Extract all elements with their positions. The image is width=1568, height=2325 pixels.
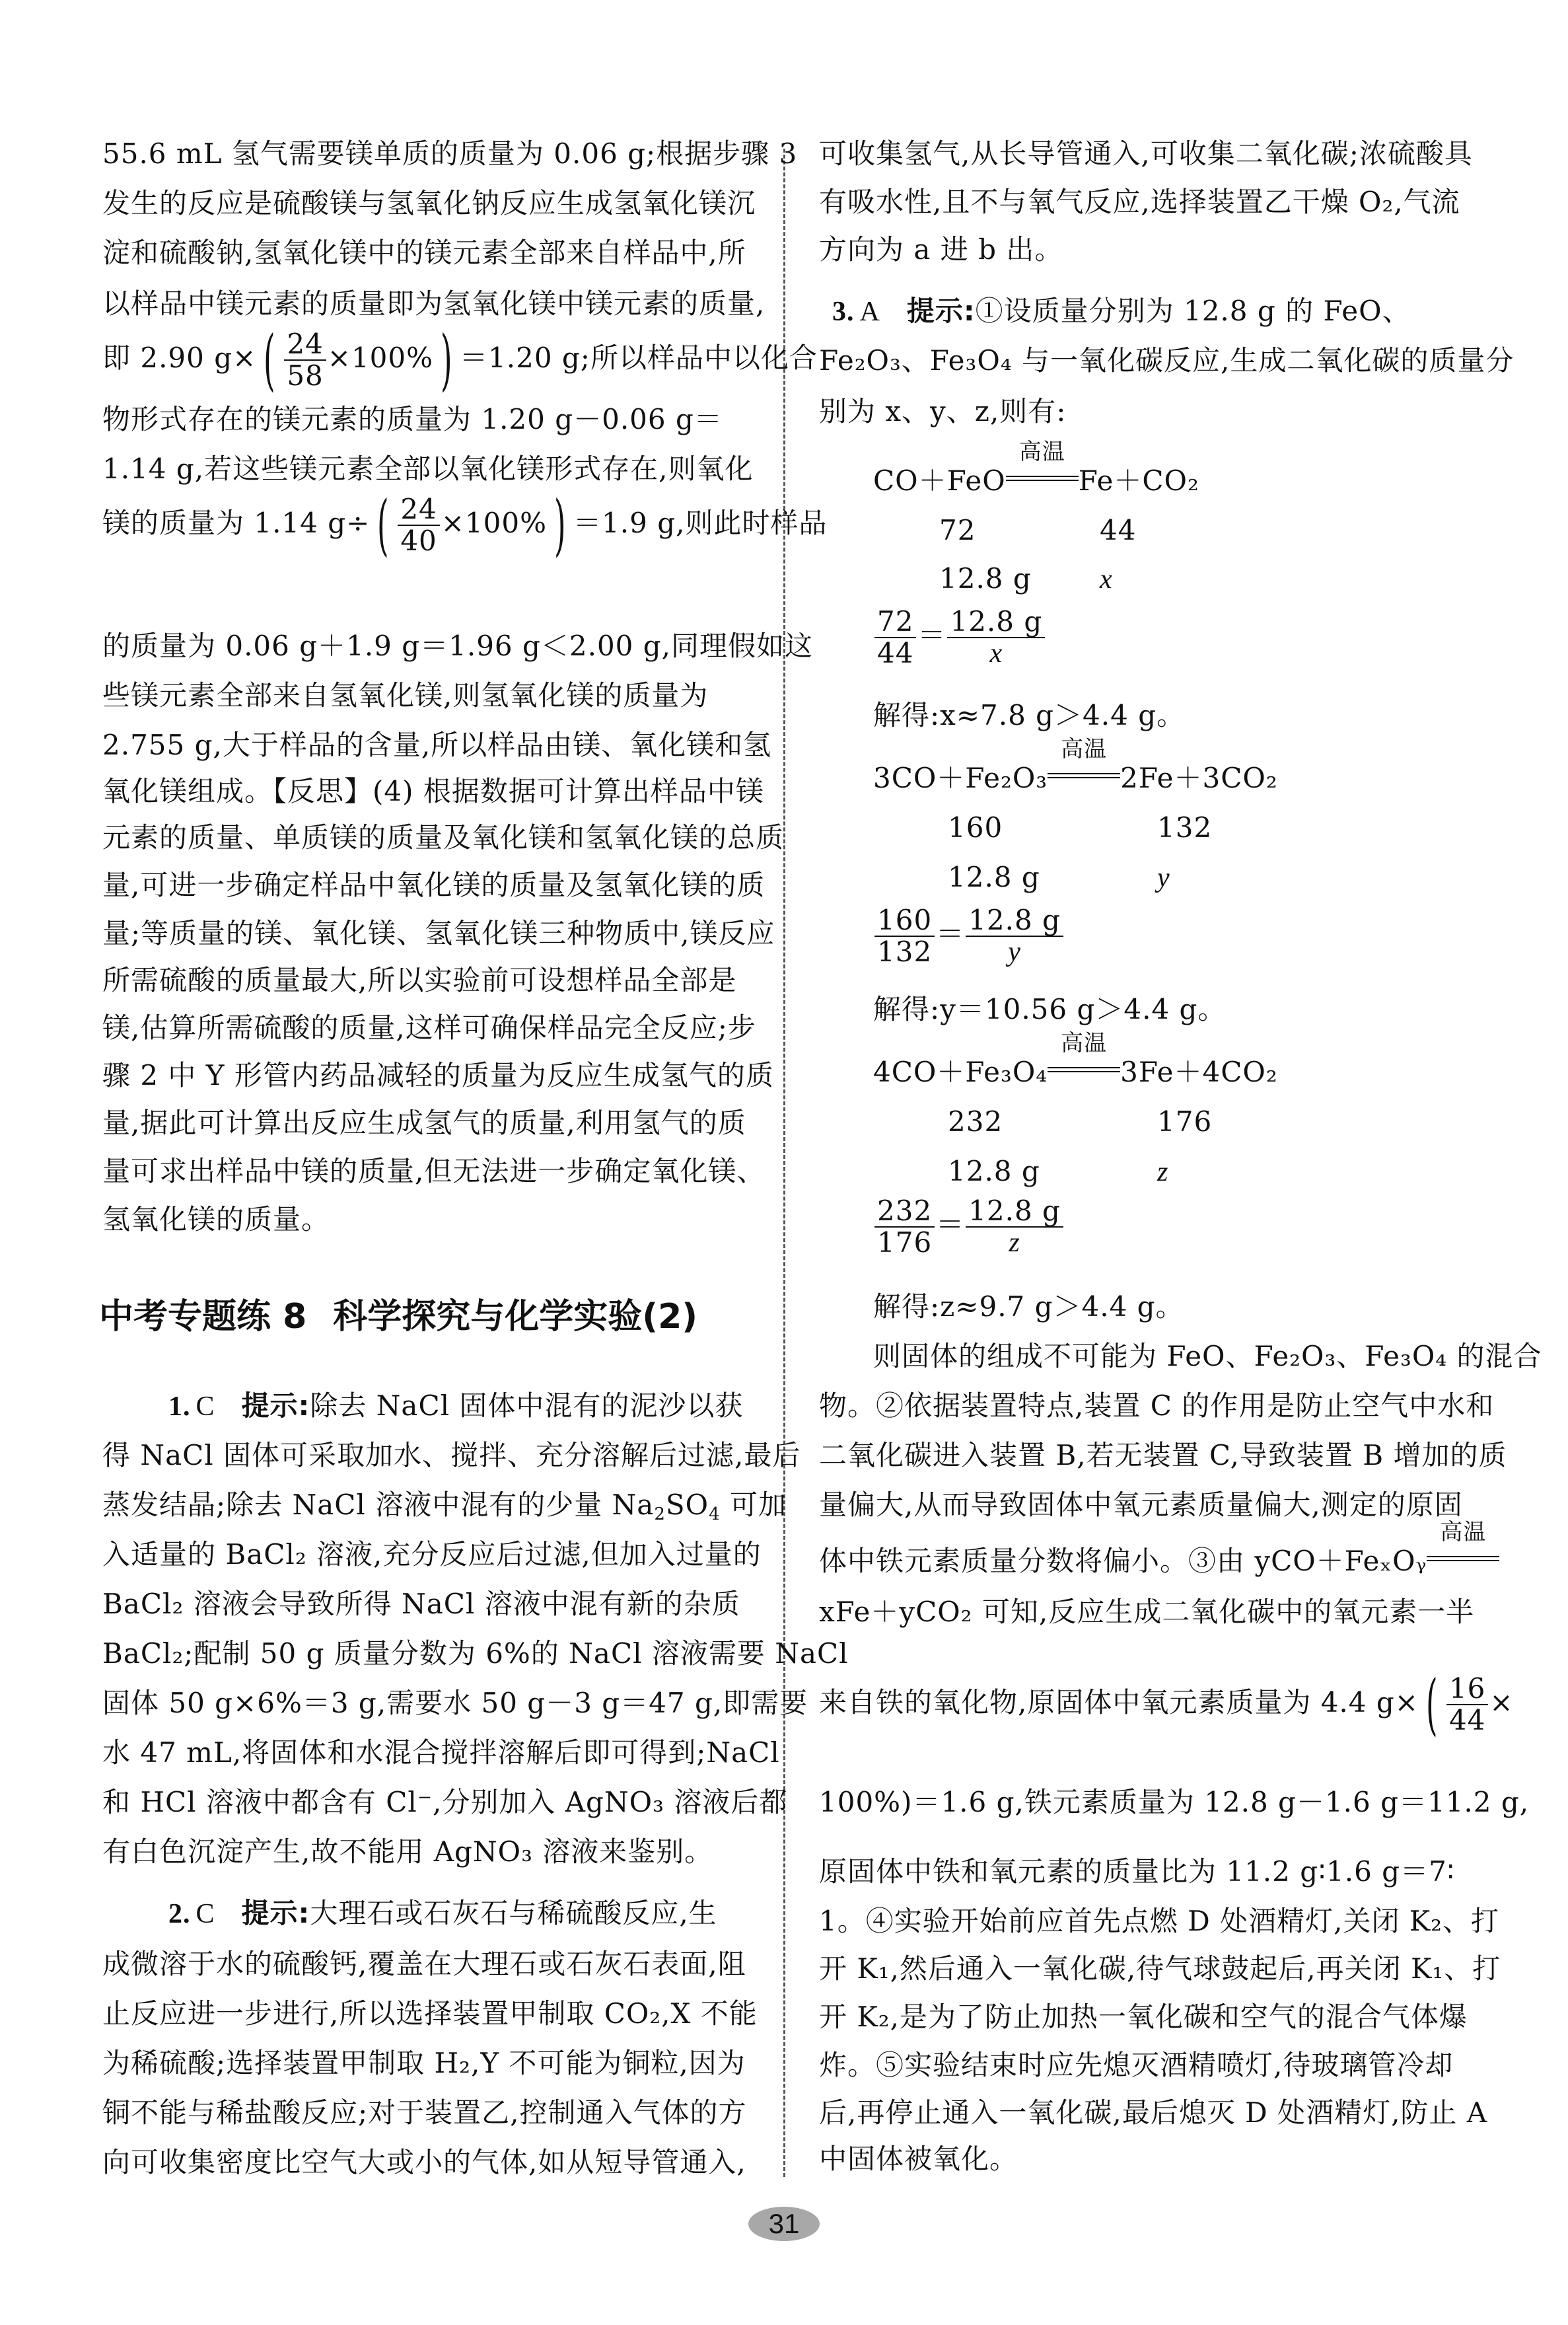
unknown-var: z [1157,1153,1168,1191]
reaction-condition: 高温 [1427,1547,1499,1570]
paren-close: ) [441,327,452,393]
equation-products: 2Fe＋3CO₂ [1120,762,1278,794]
text-line: 固体 50 g×6%＝3 g,需要水 50 g－3 g＝47 g,即需要 [102,1685,808,1722]
page-number: 31 [769,2208,800,2240]
unknown-var: y [1157,859,1170,897]
text-line: xFe＋yCO₂ 可知,反应生成二氧化碳中的氧元素一半 [819,1594,1474,1631]
text-line: BaCl₂ 溶液会导致所得 NaCl 溶液中混有新的杂质 [102,1586,740,1623]
condition-label: 高温 [1427,1520,1499,1544]
fraction-numerator: 232 [874,1196,935,1228]
molar-mass: 232 [948,1103,1003,1140]
text-line: 入适量的 BaCl₂ 溶液,充分反应后过滤,但加入过量的 [102,1536,762,1573]
fraction-denominator: 44 [874,638,916,669]
question-number: 2. [168,1899,191,1929]
equation-reactants: 3CO＋Fe₂O₃ [873,762,1048,794]
text-line: 中固体被氧化。 [819,2141,1018,2178]
text-line: 100%)＝1.6 g,铁元素质量为 12.8 g－1.6 g＝11.2 g, [819,1784,1529,1821]
formula-mid: ×100% [441,507,547,539]
equation-products: Fe＋CO₂ [1079,464,1199,497]
text-fragment: 体中铁元素质量分数将偏小。③由 yCO＋FeₓOᵧ [819,1545,1427,1577]
formula-suffix: ＝1.9 g,则此时样品 [573,507,827,539]
formula-suffix: ＝1.20 g;所以样品中以化合 [460,342,818,374]
text-line: 铜不能与稀盐酸反应;对于装置乙,控制通入气体的方 [102,2094,747,2131]
text-line: 骤 2 中 Y 形管内药品减轻的质量为反应生成氢气的质 [102,1057,774,1094]
reaction-condition: 高温 [1048,1058,1120,1082]
text-fragment: 可加 [721,1489,787,1521]
condition-label: 高温 [1006,440,1079,464]
subscript: 4 [709,1504,721,1524]
molar-mass: 132 [1157,809,1212,846]
proportion: 160132＝12.8 gy [873,905,1065,967]
text-line: 物形式存在的镁元素的质量为 1.20 g－0.06 g＝ [102,401,723,438]
text-line: 有白色沉淀产生,故不能用 AgNO₃ 溶液来鉴别。 [102,1833,713,1870]
double-line-icon [1427,1556,1499,1561]
text-line: 2.755 g,大于样品的含量,所以样品由镁、氧化镁和氢 [102,727,771,764]
text-line: 二氧化碳进入装置 B,若无装置 C,导致装置 B 增加的质 [819,1437,1507,1474]
formula-mid: ×100% [328,342,433,374]
text-line: 发生的反应是硫酸镁与氢氧化钠反应生成氢氧化镁沉 [102,185,756,222]
given-mass: 12.8 g [948,859,1040,896]
fraction: 12.8 gx [947,607,1045,669]
chemical-equation: CO＋FeO高温Fe＋CO₂ [873,462,1199,499]
subscript: 2 [654,1504,666,1524]
fraction: 232176 [874,1196,935,1258]
fraction-numerator: 12.8 g [947,607,1045,638]
question-number: 1. [168,1391,191,1422]
condition-label: 高温 [1048,1031,1120,1055]
text-line: 氢氧化镁的质量。 [102,1201,330,1238]
molar-mass: 176 [1157,1103,1212,1140]
text-line: 后,再停止通入一氧化碳,最后熄灭 D 处酒精灯,防止 A [819,2094,1487,2131]
text-line: 开 K₁,然后通入一氧化碳,待气球鼓起后,再关闭 K₁、打 [819,1950,1501,1987]
proportion: 232176＝12.8 gz [873,1196,1065,1258]
formula-prefix: 镁的质量为 1.14 g÷ [102,507,370,539]
variable: z [1157,1157,1168,1187]
section-heading-number: 中考专题练 8 [99,1297,306,1337]
reaction-condition: 高温 [1048,764,1120,788]
fraction-denominator: y [966,937,1063,967]
text-line: 1。④实验开始前应首先点燃 D 处酒精灯,关闭 K₂、打 [819,1903,1499,1940]
paren-open: ( [264,327,275,393]
text-line: 为稀硫酸;选择装置甲制取 H₂,Y 不可能为铜粒,因为 [102,2045,746,2082]
double-line-icon [1048,773,1120,778]
text-line: Fe₂O₃、Fe₃O₄ 与一氧化碳反应,生成二氧化碳的质量分 [819,342,1514,379]
text-line: 量,据此可计算出反应生成氢气的质量,利用氢气的质 [102,1105,746,1142]
question-3-first-line: 3.A提示:①设质量分别为 12.8 g 的 FeO、 [832,293,1411,330]
chemical-equation: 3CO＋Fe₂O₃高温2Fe＋3CO₂ [873,760,1278,797]
text-line: 水 47 mL,将固体和水混合搅拌溶解后即可得到;NaCl [102,1734,780,1771]
given-mass: 12.8 g [948,1153,1040,1190]
equation-reactants: CO＋FeO [873,464,1006,497]
fraction-numerator: 24 [284,329,326,361]
result-line: 解得:y＝10.56 g＞4.4 g。 [873,991,1226,1028]
fraction: 160132 [874,905,935,967]
text-line: 得 NaCl 固体可采取加水、搅拌、充分溶解后过滤,最后 [102,1437,801,1474]
equation-reactants: 4CO＋Fe₃O₄ [873,1056,1048,1088]
fraction-numerator: 72 [874,607,916,638]
text-line: 淀和硫酸钠,氢氧化镁中的镁元素全部来自样品中,所 [102,235,746,272]
fraction-denominator: 58 [284,361,326,391]
text-fragment: 蒸发结晶;除去 NaCl 溶液中混有的少量 Na [102,1489,654,1521]
page-number-badge: 31 [748,2207,820,2241]
text-fragment: 大理石或石灰石与稀硫酸反应,生 [310,1897,717,1929]
text-line: 55.6 mL 氢气需要镁单质的质量为 0.06 g;根据步骤 3 [102,135,797,172]
paren-open: ( [377,492,389,558]
fraction-denominator: 40 [398,526,439,556]
text-line: 以样品中镁元素的质量即为氢氧化镁中镁元素的质量, [102,285,765,322]
text-line: 体中铁元素质量分数将偏小。③由 yCO＋FeₓOᵧ高温 [819,1543,1499,1580]
double-line-icon [1048,1067,1120,1072]
section-heading-title: 科学探究与化学实验(2) [333,1297,697,1337]
molar-mass: 160 [948,809,1003,846]
formula-line: 来自铁的氧化物,原固体中氧元素质量为 4.4 g×(1644× [819,1672,1514,1738]
fraction: 7244 [874,607,916,669]
text-line: 1.14 g,若这些镁元素全部以氧化镁形式存在,则氧化 [102,451,753,488]
fraction-numerator: 16 [1446,1674,1488,1705]
text-fragment: ①设质量分别为 12.8 g 的 FeO、 [976,295,1411,327]
text-line: 氧化镁组成。【反思】(4) 根据数据可计算出样品中镁 [102,773,764,810]
formula-prefix: 来自铁的氧化物,原固体中氧元素质量为 4.4 g× [819,1686,1419,1718]
text-line: 成微溶于水的硫酸钙,覆盖在大理石或石灰石表面,阻 [102,1946,746,1983]
text-fragment: 除去 NaCl 固体中混有的泥沙以获 [310,1389,743,1422]
text-line: BaCl₂;配制 50 g 质量分数为 6%的 NaCl 溶液需要 NaCl [102,1635,849,1672]
variable: y [1157,863,1170,893]
fraction-denominator: 176 [874,1228,935,1258]
text-line: 些镁元素全部来自氢氧化镁,则氢氧化镁的质量为 [102,677,708,714]
text-line: 则固体的组成不可能为 FeO、Fe₂O₃、Fe₃O₄ 的混合 [873,1338,1542,1375]
question-1-first-line: 1.C提示:除去 NaCl 固体中混有的泥沙以获 [168,1387,743,1425]
equation-products: 3Fe＋4CO₂ [1120,1056,1278,1088]
hint-label: 提示: [242,1389,310,1422]
result-line: 解得:x≈7.8 g＞4.4 g。 [873,697,1185,734]
molar-mass: 44 [1100,512,1136,549]
text-line: 蒸发结晶;除去 NaCl 溶液中混有的少量 Na2SO4 可加 [102,1487,787,1524]
text-line: 量,可进一步确定样品中氧化镁的质量及氢氧化镁的质 [102,867,765,904]
text-line: 可收集氢气,从长导管通入,可收集二氧化碳;浓硫酸具 [819,135,1473,172]
reaction-condition: 高温 [1006,466,1079,490]
formula-prefix: 即 2.90 g× [102,342,256,374]
text-fragment: SO [666,1489,709,1521]
fraction-denominator: 44 [1446,1705,1488,1736]
fraction: 2458 [284,329,326,391]
fraction-denominator: 132 [874,937,935,967]
fraction: 12.8 gy [966,905,1063,967]
text-line: 炸。⑤实验结束时应先熄灭酒精喷灯,待玻璃管冷却 [819,2047,1453,2084]
answer-choice: C [196,1391,215,1422]
paren-close: ) [554,492,566,558]
text-line: 向可收集密度比空气大或小的气体,如从短导管通入, [102,2144,746,2181]
text-line: 量可求出样品中镁的质量,但无法进一步确定氧化镁、 [102,1153,765,1190]
molar-mass: 72 [939,512,976,549]
fraction-numerator: 24 [398,494,439,526]
double-line-icon [1006,476,1079,481]
formula-suffix: × [1489,1686,1513,1718]
answer-choice: A [860,297,880,327]
fraction: 2440 [398,494,439,556]
hint-label: 提示: [242,1897,310,1929]
hint-label: 提示: [907,295,976,327]
fraction-numerator: 160 [874,905,935,937]
condition-label: 高温 [1048,737,1120,761]
given-mass: 12.8 g [939,560,1032,597]
formula-line: 即 2.90 g×(2458×100%)＝1.20 g;所以样品中以化合 [102,327,818,393]
fraction-numerator: 12.8 g [966,905,1063,937]
formula-line: 镁的质量为 1.14 g÷(2440×100%)＝1.9 g,则此时样品 [102,492,827,558]
fraction-numerator: 12.8 g [966,1196,1063,1228]
question-2-first-line: 2.C提示:大理石或石灰石与稀硫酸反应,生 [168,1895,717,1933]
result-line: 解得:z≈9.7 g＞4.4 g。 [873,1288,1184,1325]
text-line: 的质量为 0.06 g＋1.9 g＝1.96 g＜2.00 g,同理假如这 [102,628,813,665]
text-line: 和 HCl 溶液中都含有 Cl⁻,分别加入 AgNO₃ 溶液后都 [102,1784,787,1821]
chemical-equation: 4CO＋Fe₃O₄高温3Fe＋4CO₂ [873,1054,1278,1091]
unknown-var: x [1100,560,1113,598]
proportion: 7244＝12.8 gx [873,607,1046,669]
text-line: 有吸水性,且不与氧气反应,选择装置乙干燥 O₂,气流 [819,184,1460,221]
text-line: 量偏大,从而导致固体中氧元素质量偏大,测定的原固 [819,1487,1463,1524]
text-line: 方向为 a 进 b 出。 [819,231,1063,268]
question-number: 3. [832,297,855,327]
text-line: 原固体中铁和氧元素的质量比为 11.2 g∶1.6 g＝7∶ [819,1853,1455,1890]
paren-open: ( [1426,1672,1438,1738]
section-heading: 中考专题练 8科学探究与化学实验(2) [99,1294,697,1340]
text-line: 量;等质量的镁、氧化镁、氢氧化镁三种物质中,镁反应 [102,915,775,952]
fraction: 1644 [1446,1674,1488,1736]
column-divider [783,149,785,2177]
fraction-denominator: x [947,638,1045,669]
text-line: 镁,估算所需硫酸的质量,这样可确保样品完全反应;步 [102,1010,756,1047]
text-line: 止反应进一步进行,所以选择装置甲制取 CO₂,X 不能 [102,1995,758,2032]
text-line: 开 K₂,是为了防止加热一氧化碳和空气的混合气体爆 [819,1999,1468,2036]
text-line: 别为 x、y、z,则有: [819,393,1066,430]
variable: x [1100,564,1113,595]
fraction-denominator: z [966,1228,1063,1258]
answer-choice: C [196,1899,215,1929]
text-line: 物。②依据装置特点,装置 C 的作用是防止空气中水和 [819,1387,1494,1424]
fraction: 12.8 gz [966,1196,1063,1258]
text-line: 所需硫酸的质量最大,所以实验前可设想样品全部是 [102,962,736,999]
text-line: 元素的质量、单质镁的质量及氧化镁和氢氧化镁的总质 [102,819,784,856]
